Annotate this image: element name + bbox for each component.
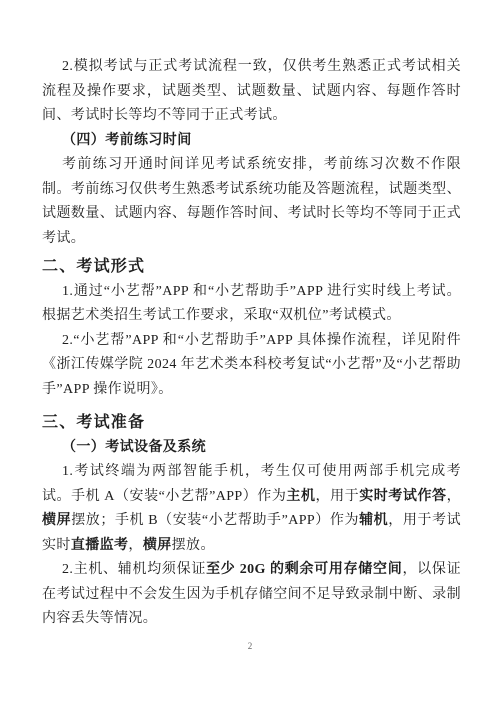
paragraph-exam-format-1: 1.通过“小艺帮”APP 和“小艺帮助手”APP 进行实时线上考试。根据艺术类招… bbox=[42, 280, 461, 329]
bold-text: 横屏 bbox=[143, 538, 172, 553]
bold-text: 横屏 bbox=[42, 513, 71, 528]
bold-text: （四）考前练习时间 bbox=[62, 133, 192, 148]
body-text: 2.主机、辅机均须保证 bbox=[62, 562, 206, 577]
section-heading-exam-format: 二、考试形式 bbox=[42, 255, 461, 280]
paragraph-practice-info: 考前练习开通时间详见考试系统安排，考前练习次数不作限制。考前练习仅供考生熟悉考试… bbox=[42, 153, 461, 251]
body-text: 1.通过“小艺帮”APP 和“小艺帮助手”APP 进行实时线上考试。根据艺术类招… bbox=[42, 284, 461, 324]
sub-heading-pre-exam-practice-time: （四）考前练习时间 bbox=[42, 129, 461, 154]
bold-text: 主机 bbox=[286, 489, 315, 504]
bold-text: 直播监考 bbox=[71, 538, 129, 553]
body-text: ， bbox=[447, 489, 461, 504]
body-text: ， bbox=[128, 538, 142, 553]
document-body: 2.模拟考试与正式考试流程一致，仅供考生熟悉正式考试相关流程及操作要求，试题类型… bbox=[42, 55, 461, 632]
sub-heading-exam-equipment-system: （一）考试设备及系统 bbox=[42, 436, 461, 461]
paragraph-equipment-1: 1.考试终端为两部智能手机，考生仅可使用两部手机完成考试。手机 A（安装“小艺帮… bbox=[42, 460, 461, 558]
page-number: 2 bbox=[0, 641, 500, 651]
document-page: 2.模拟考试与正式考试流程一致，仅供考生熟悉正式考试相关流程及操作要求，试题类型… bbox=[0, 0, 500, 707]
paragraph-equipment-2: 2.主机、辅机均须保证至少 20G 的剩余可用存储空间，以保证在考试过程中不会发… bbox=[42, 558, 461, 632]
body-text: 考前练习开通时间详见考试系统安排，考前练习次数不作限制。考前练习仅供考生熟悉考试… bbox=[42, 157, 461, 246]
bold-text: （一）考试设备及系统 bbox=[62, 440, 206, 455]
section-heading-exam-preparation: 三、考试准备 bbox=[42, 411, 461, 436]
paragraph-exam-format-2: 2.“小艺帮”APP 和“小艺帮助手”APP 具体操作流程，详见附件《浙江传媒学… bbox=[42, 329, 461, 403]
paragraph-mock-exam: 2.模拟考试与正式考试流程一致，仅供考生熟悉正式考试相关流程及操作要求，试题类型… bbox=[42, 55, 461, 129]
body-text: 摆放；手机 B（安装“小艺帮助手”APP）作为 bbox=[71, 513, 359, 528]
bold-text: 三、考试准备 bbox=[42, 414, 145, 431]
bold-text: 实时考试作答 bbox=[359, 489, 446, 504]
body-text: 2.模拟考试与正式考试流程一致，仅供考生熟悉正式考试相关流程及操作要求，试题类型… bbox=[42, 59, 461, 123]
bold-text: 至少 20G 的剩余可用存储空间 bbox=[206, 562, 402, 577]
body-text: 摆放。 bbox=[172, 538, 215, 553]
bold-text: 二、考试形式 bbox=[42, 258, 145, 275]
body-text: 2.“小艺帮”APP 和“小艺帮助手”APP 具体操作流程，详见附件《浙江传媒学… bbox=[42, 333, 461, 397]
body-text: ，用于 bbox=[316, 489, 360, 504]
bold-text: 辅机 bbox=[359, 513, 388, 528]
